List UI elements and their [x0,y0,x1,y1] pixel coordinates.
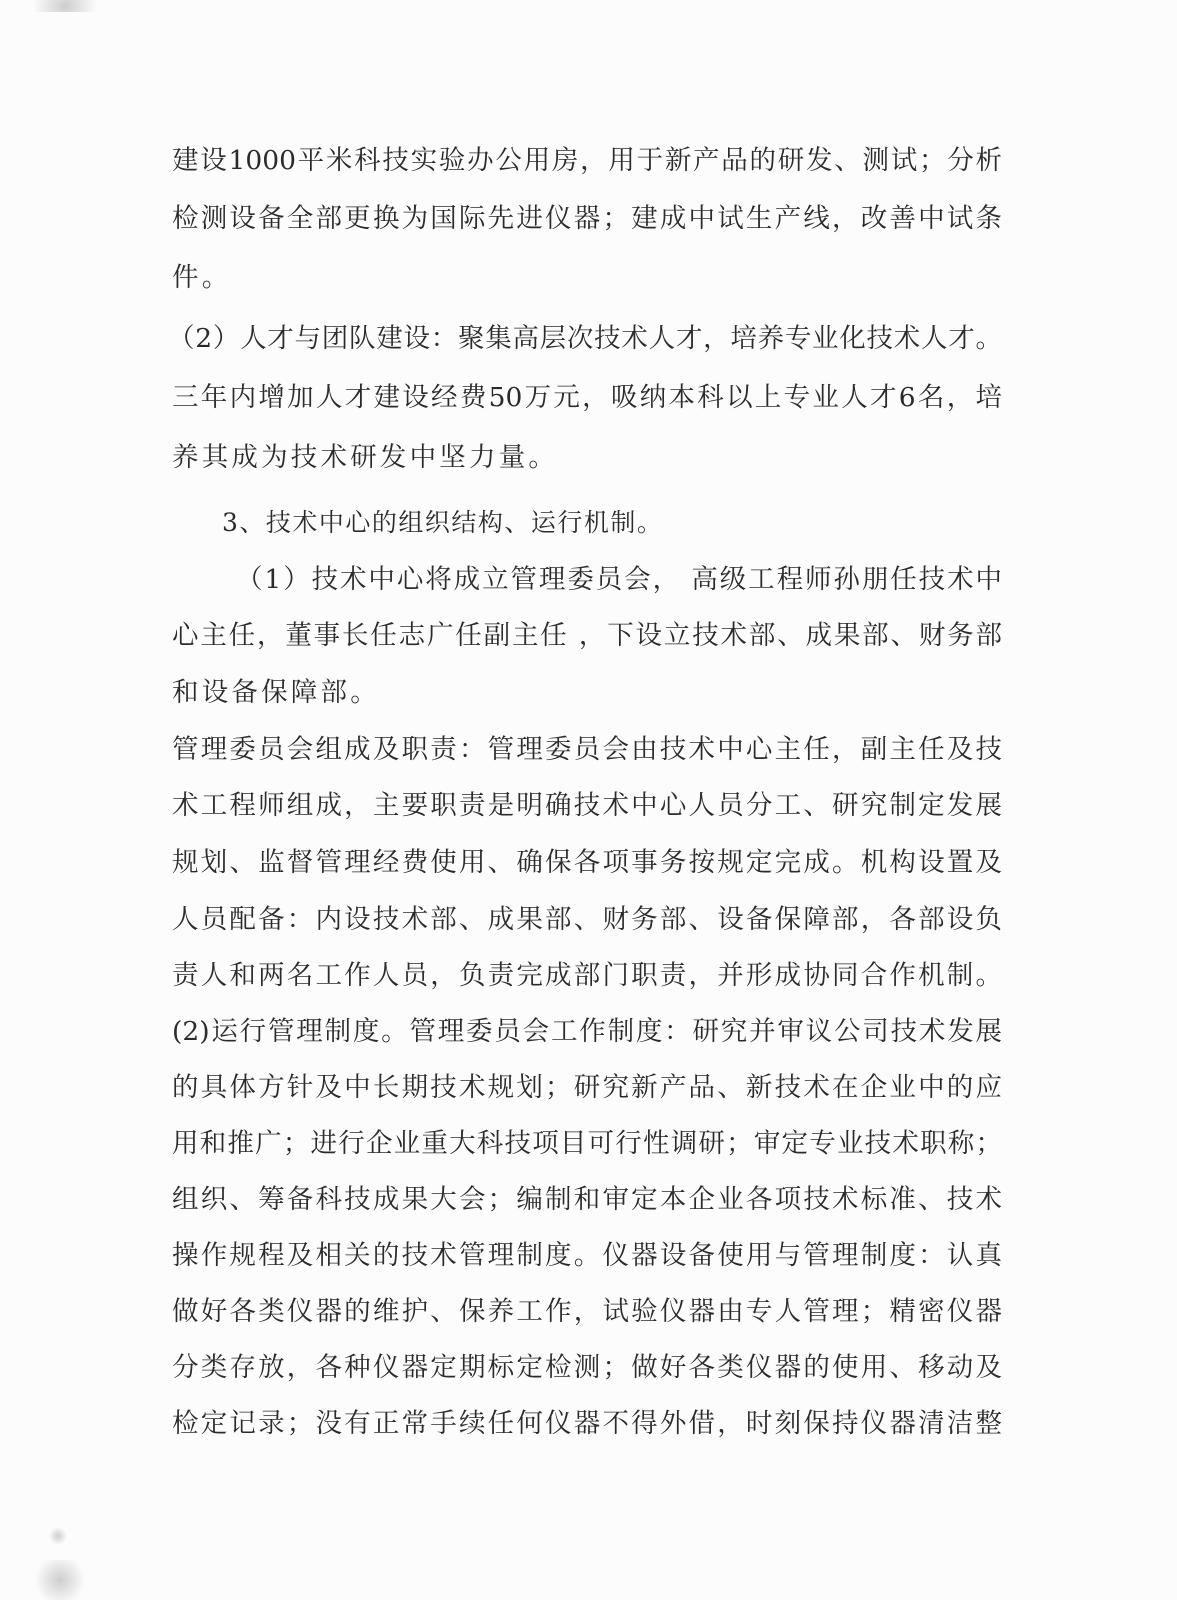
body-text-line: 检定记录；没有正常手续任何仪器不得外借，时刻保持仪器清洁整 [172,1407,1002,1441]
section-heading: 3、技术中心的组织结构、运行机制。 [222,506,1002,540]
body-text-line: （2）人才与团队建设：聚集高层次技术人才，培养专业化技术人才。 [168,322,1002,356]
body-text-line: 做好各类仪器的维护、保养工作，试验仪器由专人管理；精密仪器 [172,1295,1002,1329]
body-text-line: 操作规程及相关的技术管理制度。仪器设备使用与管理制度：认真 [172,1239,1002,1273]
body-text-line: 术工程师组成，主要职责是明确技术中心人员分工、研究制定发展 [172,789,1002,823]
body-text-line: 的具体方针及中长期技术规划；研究新产品、新技术在企业中的应 [172,1071,1002,1105]
body-text-line: 规划、监督管理经费使用、确保各项事务按规定完成。机构设置及 [172,846,1002,880]
body-text-line: (2)运行管理制度。管理委员会工作制度：研究并审议公司技术发展 [172,1015,1002,1049]
scan-smudge-bottom-left [30,1560,90,1600]
scan-smudge-left-margin [48,1528,68,1544]
body-text-line: 心主任，董事长任志广任副主任 ，下设立技术部、成果部、财务部 [172,619,1002,653]
body-text-line: 建设1000平米科技实验办公用房，用于新产品的研发、测试；分析 [172,144,1002,178]
body-text-line: 分类存放，各种仪器定期标定检测；做好各类仪器的使用、移动及 [172,1351,1002,1385]
body-text-line: 检测设备全部更换为国际先进仪器；建成中试生产线，改善中试条 [172,202,1002,236]
scan-smudge-top-left [20,0,110,12]
body-text-line: 和设备保障部。 [172,676,1002,710]
body-text-line: 管理委员会组成及职责：管理委员会由技术中心主任，副主任及技 [172,733,1002,767]
body-text-line: 人员配备：内设技术部、成果部、财务部、设备保障部，各部设负 [172,903,1002,937]
body-text-line: 三年内增加人才建设经费50万元，吸纳本科以上专业人才6名，培 [172,381,1002,415]
body-text-line: 养其成为技术研发中坚力量。 [172,441,1002,475]
body-text-line: （1）技术中心将成立管理委员会， 高级工程师孙朋任技术中 [236,563,1002,597]
scanned-document-page: 建设1000平米科技实验办公用房，用于新产品的研发、测试；分析 检测设备全部更换… [0,0,1177,1600]
body-text-line: 责人和两名工作人员，负责完成部门职责，并形成协同合作机制。 [172,959,1002,993]
body-text-line: 组织、筹备科技成果大会；编制和审定本企业各项技术标准、技术 [172,1183,1002,1217]
body-text-line: 用和推广；进行企业重大科技项目可行性调研；审定专业技术职称； [172,1127,1002,1161]
body-text-line: 件。 [172,261,1002,295]
